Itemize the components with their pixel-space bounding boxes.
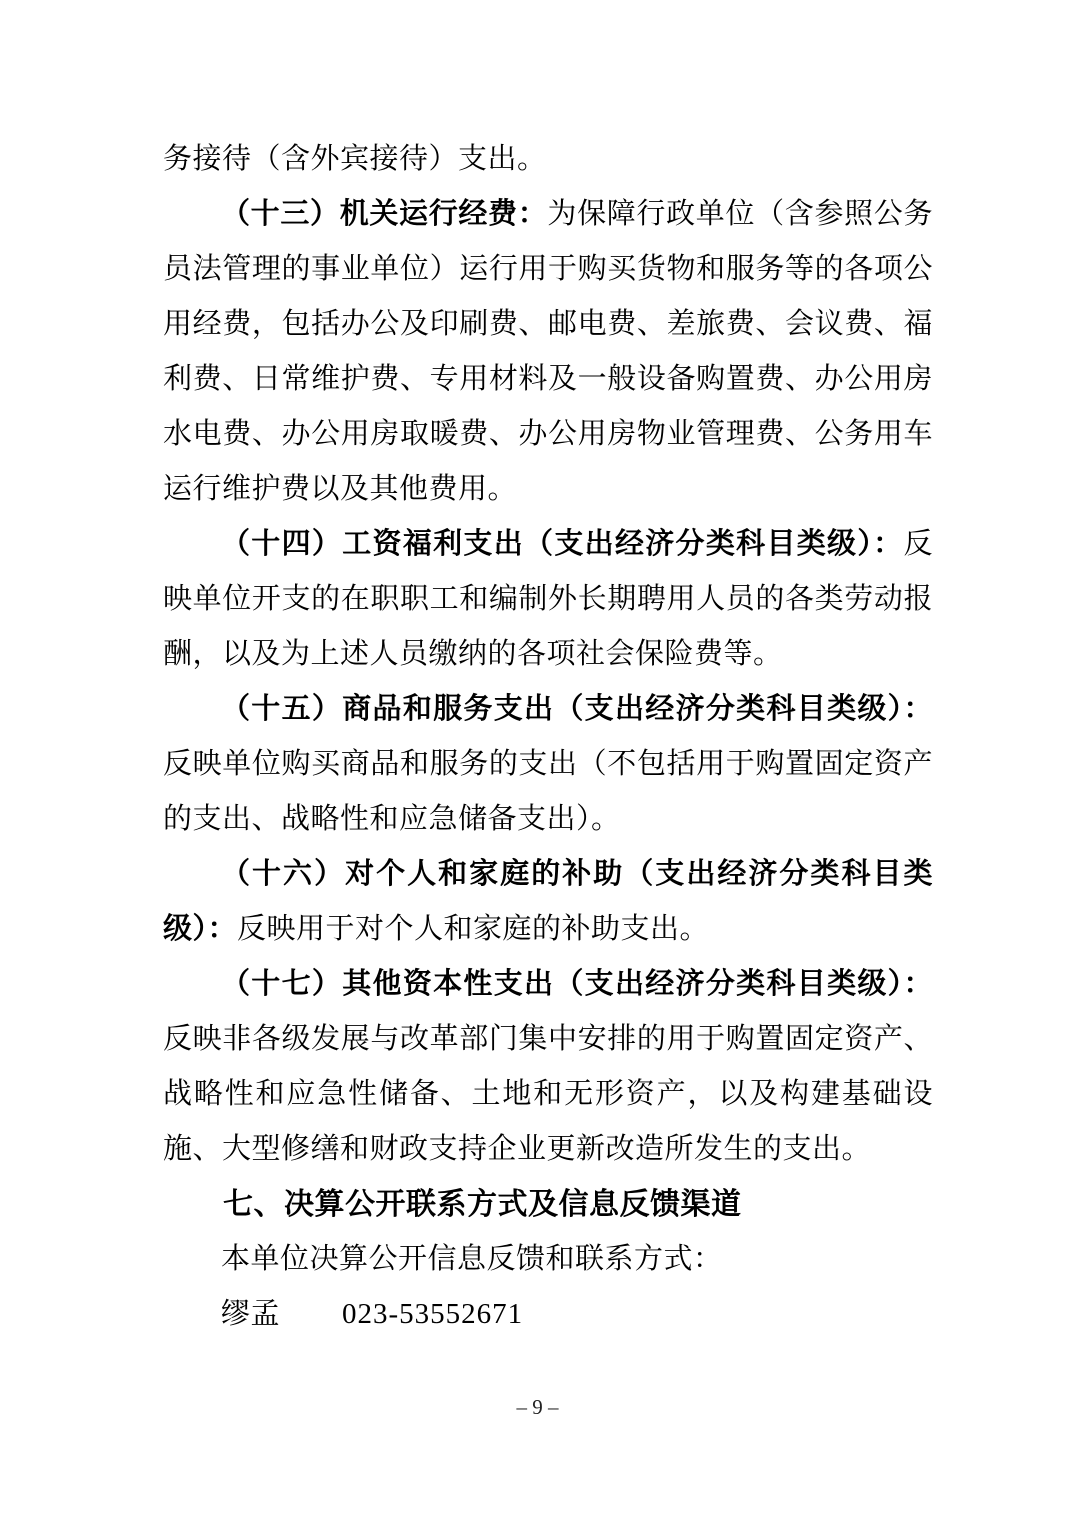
page-number: – 9 –: [0, 1392, 1075, 1422]
paragraph-lead-15: （十五）商品和服务支出（支出经济分类科目类级）：: [221, 693, 933, 725]
section-heading: 七、决算公开联系方式及信息反馈渠道: [163, 1177, 933, 1232]
paragraph-lead-14: （十四）工资福利支出（支出经济分类科目类级）：: [221, 528, 903, 560]
paragraph-item-17: （十七）其他资本性支出（支出经济分类科目类级）：反映非各级发展与改革部门集中安排…: [163, 957, 933, 1177]
paragraph-body-15: 反映单位购买商品和服务的支出（不包括用于购置固定资产的支出、战略性和应急储备支出…: [163, 748, 933, 835]
contact-line: 缪孟023-53552671: [163, 1287, 933, 1342]
paragraph-item-13: （十三）机关运行经费：为保障行政单位（含参照公务员法管理的事业单位）运行用于购买…: [163, 187, 933, 517]
contact-intro: 本单位决算公开信息反馈和联系方式：: [163, 1232, 933, 1287]
paragraph-body-17: 反映非各级发展与改革部门集中安排的用于购置固定资产、战略性和应急性储备、土地和无…: [163, 1023, 933, 1165]
paragraph-lead-17: （十七）其他资本性支出（支出经济分类科目类级）：: [221, 968, 933, 1000]
paragraph-item-16: （十六）对个人和家庭的补助（支出经济分类科目类级）：反映用于对个人和家庭的补助支…: [163, 847, 933, 957]
paragraph-continuation: 务接待（含外宾接待）支出。: [163, 132, 933, 187]
contact-name: 缪孟: [221, 1298, 280, 1330]
paragraph-body-13: 为保障行政单位（含参照公务员法管理的事业单位）运行用于购买货物和服务等的各项公用…: [163, 198, 933, 505]
document-body: 务接待（含外宾接待）支出。 （十三）机关运行经费：为保障行政单位（含参照公务员法…: [163, 132, 933, 1342]
paragraph-body-16: 反映用于对个人和家庭的补助支出。: [237, 913, 709, 945]
contact-phone: 023-53552671: [342, 1298, 523, 1330]
paragraph-item-15: （十五）商品和服务支出（支出经济分类科目类级）：反映单位购买商品和服务的支出（不…: [163, 682, 933, 847]
paragraph-lead-13: （十三）机关运行经费：: [221, 198, 547, 230]
document-page: 务接待（含外宾接待）支出。 （十三）机关运行经费：为保障行政单位（含参照公务员法…: [0, 0, 1075, 1520]
paragraph-item-14: （十四）工资福利支出（支出经济分类科目类级）：反映单位开支的在职职工和编制外长期…: [163, 517, 933, 682]
